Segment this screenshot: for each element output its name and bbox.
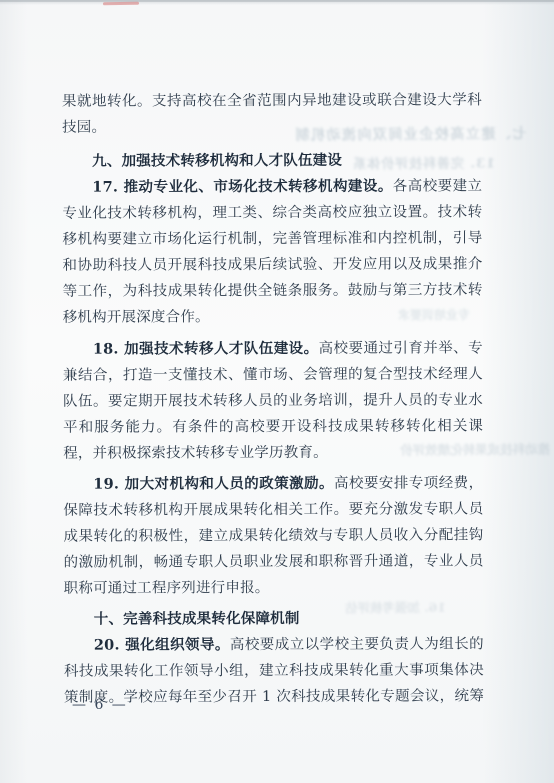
doc-line-text: 各高校要建立: [393, 178, 483, 194]
doc-line: 等工作，为科技成果转化提供全链条服务。鼓励与第三方技术转: [63, 277, 483, 304]
doc-line-text: 高校要安排专项经费，: [334, 475, 483, 492]
doc-line: 20. 强化组织领导。高校要成立以学校主要负责人为组长的: [64, 631, 484, 658]
doc-line: 19. 加大对机构和人员的政策激励。高校要安排专项经费，: [63, 470, 483, 497]
scanner-edge-shadow: [0, 0, 554, 2]
doc-line: 的激励机制，畅通专职人员职业发展和职称晋升通道，专业人员: [64, 548, 484, 575]
scanned-document-page: 七、建立高校企业间双向流动机制 13. 完善科技评价体系 专业培训要求 八、推动…: [0, 0, 554, 783]
item-20-title: 20. 强化组织领导。: [94, 636, 230, 653]
doc-line: 技园。: [62, 113, 482, 140]
doc-line: 移机构要建立市场化运行机制，完善管理标准和内控机制，引导: [62, 225, 482, 252]
doc-line: 保障技术转移机构开展成果转化相关工作。要充分激发专职人员: [63, 496, 483, 523]
doc-line: 18. 加强技术转移人才队伍建设。高校要通过引育并举、专: [63, 335, 483, 362]
doc-line: 专业化技术转移机构，理工类、综合类高校应独立设置。技术转: [62, 199, 482, 226]
document-body: 果就地转化。支持高校在全省范围内异地建设或联合建设大学科 技园。 九、加强技术转…: [62, 87, 484, 710]
doc-line: 果就地转化。支持高校在全省范围内异地建设或联合建设大学科: [62, 87, 482, 114]
doc-line: 平和服务能力。有条件的高校要开设科技成果转移转化相关课: [63, 413, 483, 440]
doc-line: 队伍。要定期开展技术转移人员的业务培训，提升人员的专业水: [63, 387, 483, 414]
doc-line-text: 高校要通过引育并举、专: [319, 340, 483, 357]
doc-line: 和协助科技人员开展科技成果后续试验、开发应用以及成果推介: [62, 251, 482, 278]
doc-line: 职称可通过工程序列进行申报。: [64, 574, 484, 601]
item-19-title: 19. 加大对机构和人员的政策激励。: [93, 475, 334, 493]
doc-line-text: 高校要成立以学校主要负责人为组长的: [230, 636, 484, 653]
doc-line: 移机构开展深度合作。: [63, 303, 483, 330]
doc-line: 成果转化的积极性，建立成果转化绩效与专职人员收入分配挂钩: [63, 522, 483, 549]
item-18-title: 18. 加强技术转移人才队伍建设。: [93, 340, 319, 358]
doc-line: 程，并积极探索技术转移专业学历教育。: [63, 439, 483, 466]
red-pen-mark: [103, 2, 139, 6]
section-heading-9: 九、加强技术转移机构和人才队伍建设: [62, 147, 482, 174]
doc-line: 17. 推动专业化、市场化技术转移机构建设。各高校要建立: [62, 173, 482, 200]
section-heading-10: 十、完善科技成果转化保障机制: [64, 605, 484, 632]
page-number: — 6 —: [72, 697, 128, 713]
doc-line: 科技成果转化工作领导小组，建立科技成果转化重大事项集体决: [64, 657, 484, 684]
item-17-title: 17. 推动专业化、市场化技术转移机构建设。: [92, 178, 393, 196]
doc-line: 兼结合，打造一支懂技术、懂市场、会管理的复合型技术经理人: [63, 361, 483, 388]
